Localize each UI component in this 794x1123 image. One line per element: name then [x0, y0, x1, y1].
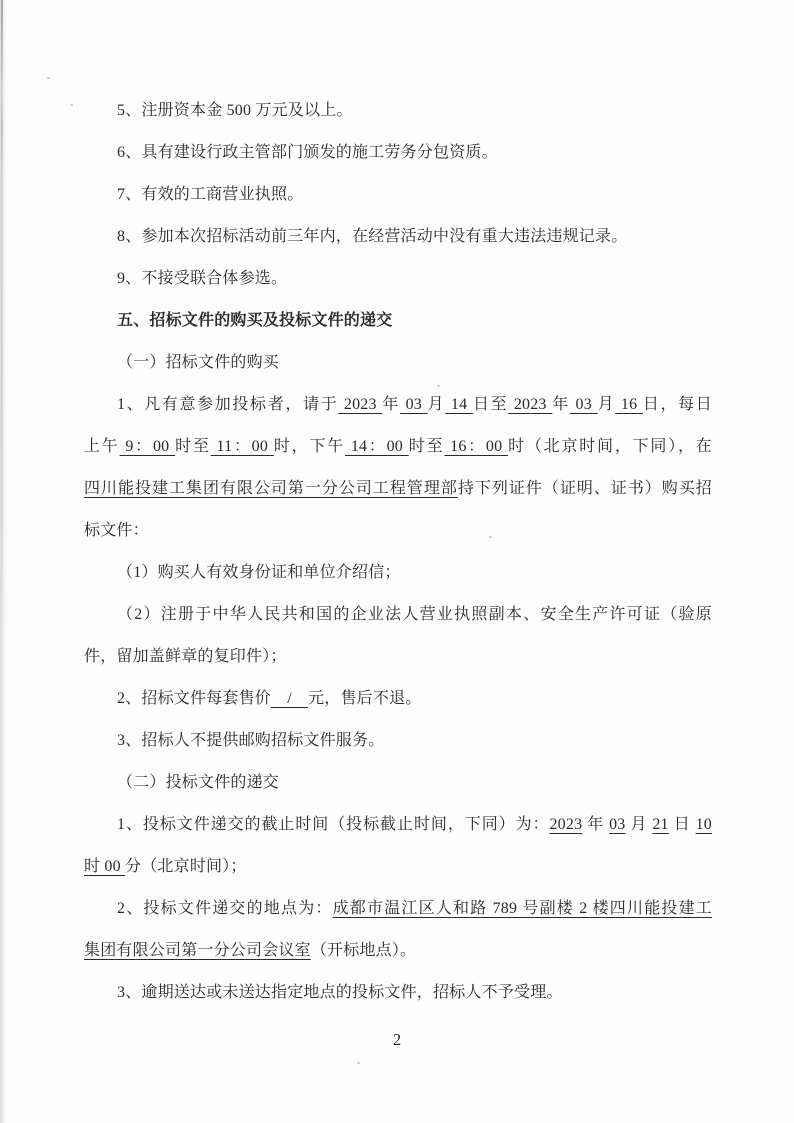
document-body: 5、注册资本金 500 万元及以上。6、具有建设行政主管部门颁发的施工劳务分包资… — [84, 90, 712, 1014]
text-segment: 月 — [626, 816, 653, 833]
item-7: 7、有效的工商营业执照。 — [84, 174, 712, 216]
text-segment: （1）购买人有效身份证和单位介绍信； — [117, 564, 401, 581]
underlined-text: 03 — [609, 816, 625, 833]
text-segment: 年 — [382, 396, 400, 413]
item-9: 9、不接受联合体参选。 — [84, 258, 712, 300]
text-segment: 分（北京时间）； — [125, 858, 247, 875]
sub-heading-purchase: （一）招标文件的购买 — [84, 342, 712, 384]
text-segment: 月 — [428, 396, 446, 413]
text-segment: 日，每日 — [643, 396, 712, 413]
text-segment: （2）注册于中华人民共和国的企业法人营业执照副本、安全生产许可证（验原 — [117, 606, 712, 623]
text-segment: 标文件： — [84, 522, 149, 539]
address-line-1: 2、投标文件递交的地点为：成都市温江区人和路 789 号副楼 2 楼四川能投建工 — [84, 888, 712, 930]
text-segment: 日至 — [473, 396, 508, 413]
underlined-text: 16 — [615, 396, 643, 413]
sub-heading-submission: （二）投标文件的递交 — [84, 762, 712, 804]
underlined-text: 成都市温江区人和路 789 号副楼 2 楼四川能投建工 — [333, 900, 712, 917]
text-segment: 年 — [552, 396, 570, 413]
item-8: 8、参加本次招标活动前三年内，在经营活动中没有重大违法违规记录。 — [84, 216, 712, 258]
text-segment: 时（北京时间，下同），在 — [508, 438, 712, 455]
text-segment: 时至 — [409, 438, 445, 455]
underlined-text: 2023 — [508, 396, 552, 413]
text-segment: 6、具有建设行政主管部门颁发的施工劳务分包资质。 — [117, 144, 498, 161]
underlined-text: 14：00 — [345, 438, 409, 455]
text-segment: 月 — [598, 396, 616, 413]
underlined-text: 2023 — [549, 816, 582, 833]
underlined-text: / — [271, 690, 308, 707]
text-segment: 9、不接受联合体参选。 — [117, 270, 287, 287]
text-segment: 持下列证件（证明、证书）购买招 — [458, 480, 712, 497]
purchase-para-line-2: 上午 9：00 时至 11：00 时，下午 14：00 时至 16：00 时（北… — [84, 426, 712, 468]
underlined-text: 时 00 — [84, 858, 125, 875]
text-segment: 2、投标文件递交的地点为： — [117, 900, 333, 917]
purchase-para-line-3: 四川能投建工集团有限公司第一分公司工程管理部持下列证件（证明、证书）购买招 — [84, 468, 712, 510]
item-5: 5、注册资本金 500 万元及以上。 — [84, 90, 712, 132]
page-number: 2 — [0, 1030, 794, 1050]
deadline-line-1: 1、投标文件递交的截止时间（投标截止时间，下同）为：2023 年 03 月 21… — [84, 804, 712, 846]
scan-speck — [47, 77, 50, 79]
underlined-text: 9：00 — [120, 438, 176, 455]
credential-item-1: （1）购买人有效身份证和单位介绍信； — [84, 552, 712, 594]
scan-speck — [70, 104, 73, 106]
text-segment: 2、招标文件每套售价 — [117, 690, 271, 707]
item-6: 6、具有建设行政主管部门颁发的施工劳务分包资质。 — [84, 132, 712, 174]
underlined-text: 四川能投建工集团有限公司第一分公司工程管理部 — [84, 480, 458, 497]
text-segment: 3、招标人不提供邮购招标文件服务。 — [117, 732, 384, 749]
price-line: 2、招标文件每套售价 / 元，售后不退。 — [84, 678, 712, 720]
document-page: 5、注册资本金 500 万元及以上。6、具有建设行政主管部门颁发的施工劳务分包资… — [0, 0, 794, 1123]
text-segment: 时至 — [175, 438, 211, 455]
text-segment: 日 — [669, 816, 696, 833]
scan-edge-line-artifact — [1, 0, 3, 660]
underlined-text: 03 — [400, 396, 428, 413]
text-segment: 时，下午 — [274, 438, 345, 455]
text-segment: 件，留加盖鲜章的复印件）； — [84, 648, 287, 665]
text-segment: 7、有效的工商营业执照。 — [117, 186, 303, 203]
underlined-text: 21 — [652, 816, 668, 833]
text-segment: （开标地点）。 — [311, 942, 416, 959]
text-segment: 8、参加本次招标活动前三年内，在经营活动中没有重大违法违规记录。 — [117, 228, 627, 245]
text-segment: 1、凡有意参加投标者，请于 — [117, 396, 338, 413]
purchase-para-line-4: 标文件： — [84, 510, 712, 552]
text-segment: 1、投标文件递交的截止时间（投标截止时间，下同）为： — [117, 816, 549, 833]
heading-text: 五、招标文件的购买及投标文件的递交 — [117, 312, 392, 329]
purchase-para-line-1: 1、凡有意参加投标者，请于 2023 年 03 月 14 日至 2023 年 0… — [84, 384, 712, 426]
underlined-text: 10 — [696, 816, 712, 833]
section-heading-5: 五、招标文件的购买及投标文件的递交 — [84, 300, 712, 342]
address-line-2: 集团有限公司第一分公司会议室（开标地点）。 — [84, 930, 712, 972]
text-segment: 上午 — [84, 438, 120, 455]
text-segment: （一）招标文件的购买 — [117, 354, 279, 371]
underlined-text: 11：00 — [211, 438, 274, 455]
underlined-text: 集团有限公司第一分公司会议室 — [84, 942, 311, 959]
credential-item-2-line-1: （2）注册于中华人民共和国的企业法人营业执照副本、安全生产许可证（验原 — [84, 594, 712, 636]
no-mail-order-line: 3、招标人不提供邮购招标文件服务。 — [84, 720, 712, 762]
underlined-text: 14 — [445, 396, 473, 413]
text-segment: 5、注册资本金 500 万元及以上。 — [117, 102, 353, 119]
underlined-text: 03 — [570, 396, 598, 413]
text-segment: 元，售后不退。 — [308, 690, 421, 707]
text-segment: （二）投标文件的递交 — [117, 774, 279, 791]
credential-item-2-line-2: 件，留加盖鲜章的复印件）； — [84, 636, 712, 678]
underlined-text: 16：00 — [444, 438, 508, 455]
underlined-text: 2023 — [338, 396, 382, 413]
text-segment: 年 — [582, 816, 609, 833]
scan-speck — [357, 1062, 360, 1064]
text-segment: 3、逾期送达或未送达指定地点的投标文件，招标人不予受理。 — [117, 984, 563, 1001]
late-delivery-line: 3、逾期送达或未送达指定地点的投标文件，招标人不予受理。 — [84, 972, 712, 1014]
deadline-line-2: 时 00 分（北京时间）； — [84, 846, 712, 888]
